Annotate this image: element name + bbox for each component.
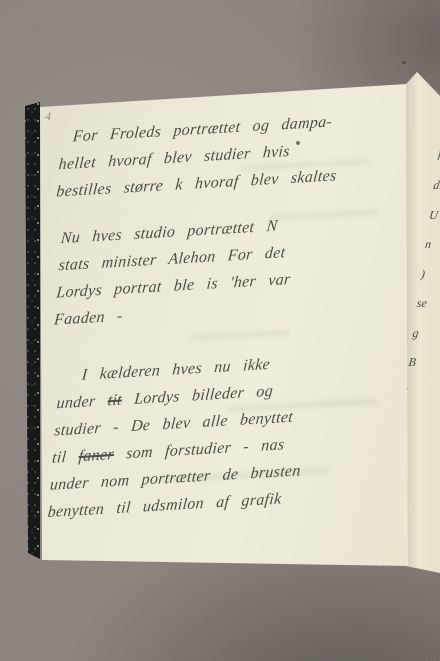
handwriting-text: under <box>56 392 108 412</box>
facing-page-fragment: di <box>431 171 440 201</box>
handwriting-text: til <box>51 448 79 467</box>
handwriting-text: Lordys billeder og <box>121 383 273 409</box>
facing-page-fragment: n <box>423 230 437 260</box>
handwriting-paragraph-2: Nu hves studio portrættet Nstats ministe… <box>53 212 296 334</box>
handwriting-text: Faaden - <box>53 308 123 329</box>
struck-word: faner <box>78 446 115 465</box>
facing-page-fragment: ) <box>419 260 433 290</box>
surface-speck <box>402 61 406 64</box>
notebook-page-right-edge: KhdiUn)segBi <box>404 60 440 575</box>
handwriting-paragraph-3: I kælderen hves nu ikkeunder tit Lordys … <box>47 349 311 526</box>
facing-page-fragment: se <box>415 289 429 319</box>
notebook-photo: KhdiUn)segBi 4 For Froleds portrættet og… <box>0 0 440 661</box>
handwriting-paragraph-1: For Froleds portrættet og dampa-hellet h… <box>55 108 342 206</box>
page-number: 4 <box>45 109 51 124</box>
bleed-through-mark <box>190 329 290 340</box>
facing-page-fragment: g <box>411 319 425 349</box>
facing-page-fragment: B <box>406 348 420 378</box>
facing-page-text-fragments: KhdiUn)segBi <box>402 112 440 407</box>
notebook-page-left: 4 For Froleds portrættet og dampa-hellet… <box>40 70 408 568</box>
facing-page-fragment: U <box>427 201 440 231</box>
facing-page-fragment: h <box>435 142 440 172</box>
